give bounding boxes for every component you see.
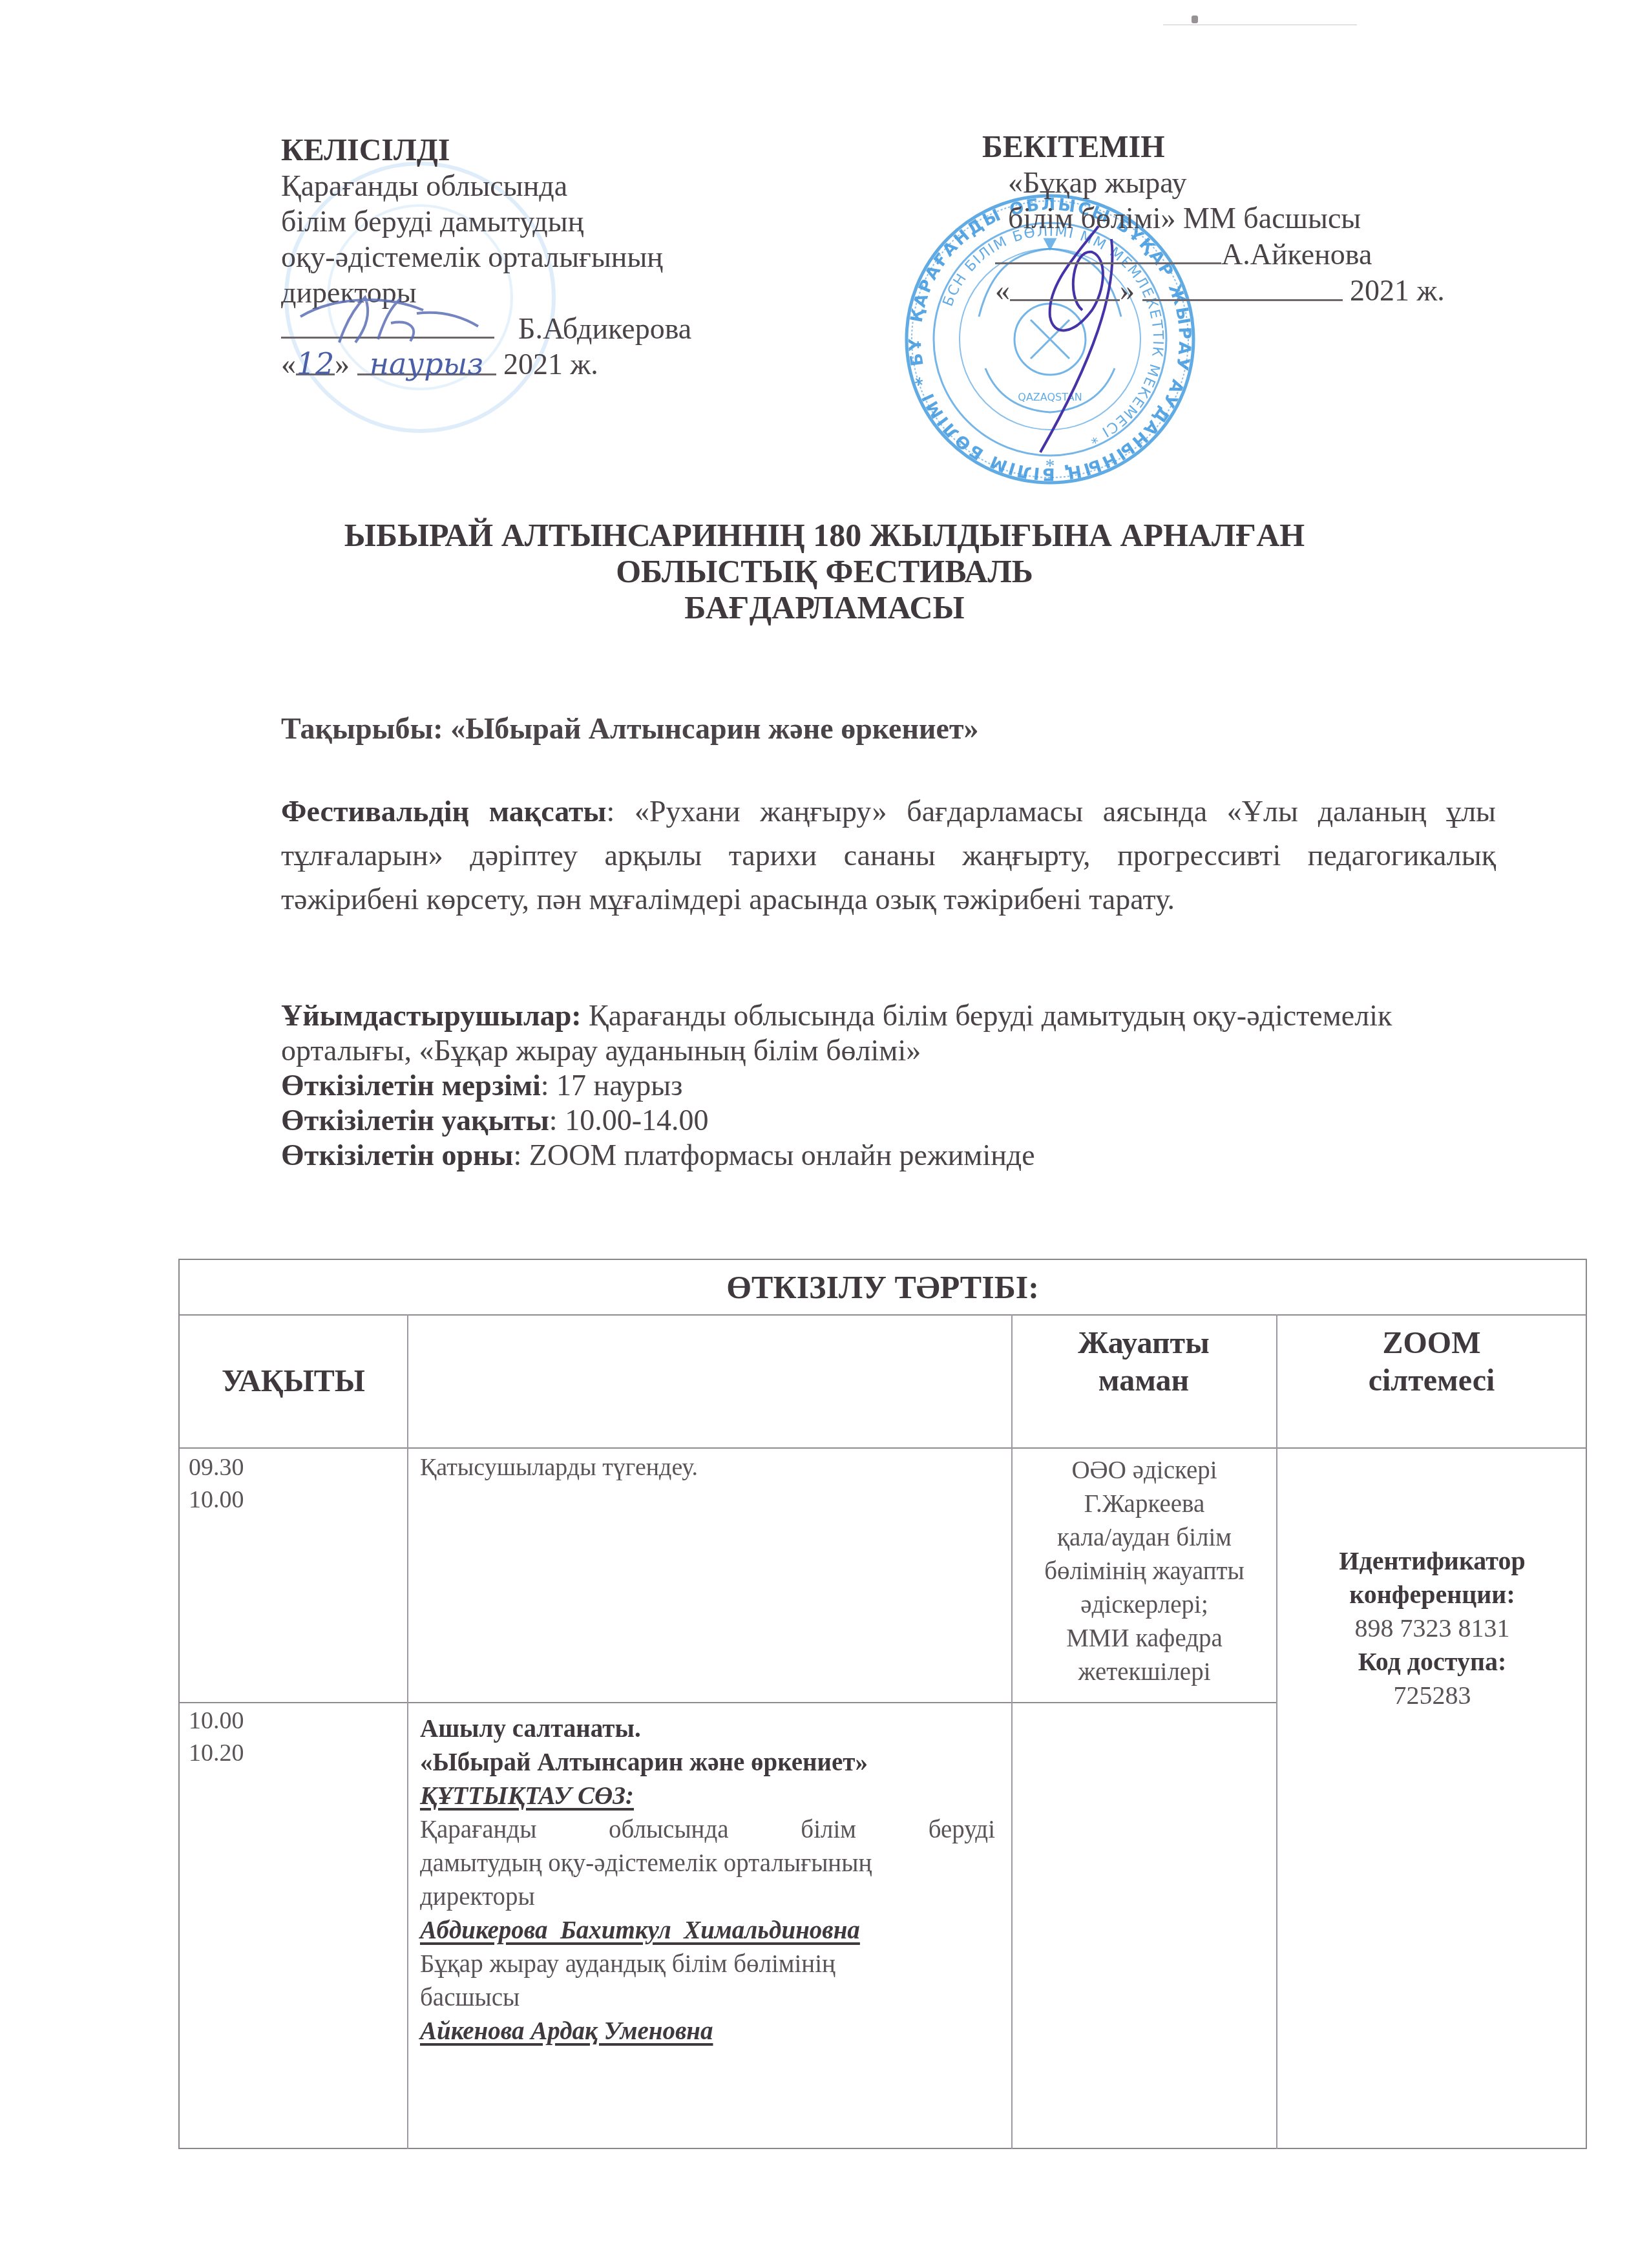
event-info: Ұйымдастырушылар: Қарағанды облысында бі…: [281, 998, 1496, 1173]
approved-signer-name: А.Айкенова: [1221, 238, 1372, 271]
approved-line: «Бұқар жырау: [982, 165, 1445, 200]
agreed-heading: КЕЛІСІЛДІ: [281, 132, 691, 168]
speaker-role: Қарағанды облысында білім беруді: [420, 1813, 995, 1847]
zoom-conference-id[interactable]: 898 7323 8131: [1277, 1612, 1587, 1645]
approved-heading: БЕКІТЕМІН: [982, 129, 1445, 165]
title-line: ОБЛЫСТЫҚ ФЕСТИВАЛЬ: [0, 553, 1649, 589]
speaker-role: директоры: [420, 1880, 995, 1914]
title-line: ЫБЫРАЙ АЛТЫНСАРИННІҢ 180 ЖЫЛДЫҒЫНА АРНАЛ…: [0, 517, 1649, 553]
header-responsible: Жауапты маман: [1011, 1325, 1276, 1400]
row2-event: Ашылу салтанаты. «Ыбырай Алтынсарин және…: [420, 1712, 995, 2048]
approval-agreed-block: КЕЛІСІЛДІ Қарағанды облысында білім беру…: [281, 132, 691, 382]
goal-label: Фестивальдің мақсаты: [281, 795, 607, 828]
header-event: [407, 1316, 1011, 1447]
schedule-table: ӨТКІЗІЛУ ТӘРТІБІ: УАҚЫТЫ Жауапты маман Z…: [178, 1259, 1587, 2149]
agreed-line: оқу-әдістемелік орталығының: [281, 239, 691, 275]
table-rule: [180, 1447, 1587, 1449]
table-rule: [1011, 1314, 1013, 2149]
zoom-code-label: Код доступа:: [1277, 1645, 1587, 1679]
topic-line: Тақырыбы: «Ыбырай Алтынсарин және өркени…: [281, 711, 1496, 747]
topic-label: Тақырыбы:: [281, 712, 443, 745]
approved-line: білім бөлімі» ММ басшысы: [982, 200, 1445, 236]
event-title: Ашылу салтанаты.: [420, 1712, 995, 1746]
topic-value: «Ыбырай Алтынсарин және өркениет»: [450, 712, 978, 745]
zoom-credentials: Идентификатор конференции: 898 7323 8131…: [1277, 1544, 1587, 1712]
agreed-date-year: 2021 ж.: [503, 348, 598, 381]
approved-date-year: 2021 ж.: [1350, 275, 1445, 308]
agreed-date-line: «12» наурыз 2021 ж.: [281, 346, 691, 382]
approval-approved-block: БЕКІТЕМІН «Бұқар жырау білім бөлімі» ММ …: [982, 129, 1445, 309]
scan-artifact-line: [1163, 25, 1357, 25]
table-rule: [1276, 1314, 1277, 2149]
speaker-role: дамытудың оқу-әдістемелік орталығының: [420, 1847, 995, 1880]
scan-artifact-mark: [1192, 16, 1198, 23]
header-zoom-link: ZOOM сілтемесі: [1276, 1325, 1587, 1400]
greeting-label: ҚҰТТЫҚТАУ СӨЗ:: [420, 1780, 995, 1813]
organizers-line: Ұйымдастырушылар: Қарағанды облысында бі…: [281, 998, 1496, 1068]
document-title: ЫБЫРАЙ АЛТЫНСАРИННІҢ 180 ЖЫЛДЫҒЫНА АРНАЛ…: [0, 517, 1649, 625]
time-line: Өткізілетін уақыты: 10.00-14.00: [281, 1103, 1496, 1138]
speaker-name: Айкенова Ардақ Уменовна: [420, 2015, 995, 2048]
handwritten-signature-icon: [294, 291, 481, 349]
signature-field: [995, 236, 1221, 264]
goal-paragraph: Фестивальдің мақсаты: «Рухани жаңғыру» б…: [281, 790, 1496, 921]
event-subtitle: «Ыбырай Алтынсарин және өркениет»: [420, 1746, 995, 1780]
speaker-role: Бұқар жырау аудандық білім бөлімінің: [420, 1948, 995, 1981]
title-line: БАҒДАРЛАМАСЫ: [0, 589, 1649, 625]
agreed-date-month: наурыз: [370, 346, 483, 381]
signature-field: [281, 310, 494, 339]
approved-date-line: «» 2021 ж.: [982, 272, 1445, 308]
zoom-access-code[interactable]: 725283: [1277, 1679, 1587, 1712]
agreed-signature-line: Б.Абдикерова: [281, 310, 691, 346]
place-line: Өткізілетін орны: ZOOM платформасы онлай…: [281, 1138, 1496, 1173]
row1-event: Қатысушыларды түгендеу.: [420, 1451, 1002, 1484]
agreed-line: Қарағанды облысында: [281, 168, 691, 204]
row1-responsible: ОӘО әдіскері Г.Жаркеева қала/аудан білім…: [1013, 1454, 1276, 1689]
speaker-name: Абдикерова Бахиткул Химальдиновна: [420, 1914, 995, 1948]
zoom-id-label: конференции:: [1277, 1578, 1587, 1612]
speaker-role: басшысы: [420, 1981, 995, 2015]
agreed-date-day: 12: [297, 346, 335, 381]
date-line: Өткізілетін мерзімі: 17 наурыз: [281, 1068, 1496, 1103]
approved-signature-line: А.Айкенова: [982, 236, 1445, 272]
table-rule: [180, 1702, 1276, 1703]
agreed-line: білім беруді дамытудың: [281, 204, 691, 239]
row2-time: 10.00 10.20: [189, 1705, 402, 1769]
zoom-id-label: Идентификатор: [1277, 1544, 1587, 1578]
agreed-signer-name: Б.Абдикерова: [518, 312, 691, 345]
row1-time: 09.30 10.00: [189, 1451, 402, 1516]
header-time: УАҚЫТЫ: [180, 1316, 407, 1447]
table-title: ӨТКІЗІЛУ ТӘРТІБІ:: [180, 1260, 1586, 1315]
